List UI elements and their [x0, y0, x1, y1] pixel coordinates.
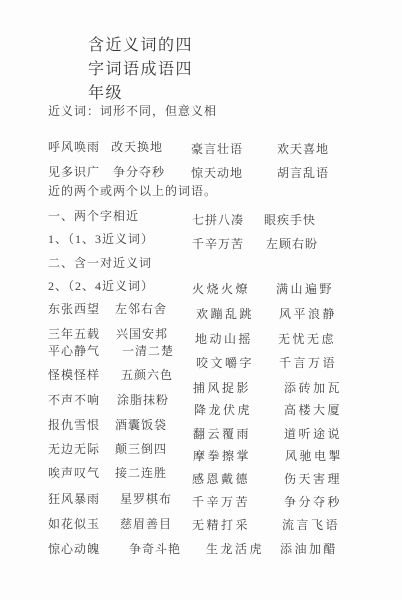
idiom-text: 如花似玉: [48, 517, 100, 531]
idiom-text: 豪言壮语: [191, 142, 243, 156]
section-heading: 一、两个字相近: [48, 209, 139, 223]
idiom-text: 欢天喜地: [277, 142, 329, 156]
idiom-text: 伤天害理: [284, 472, 342, 486]
idiom-text: 兴国安邦: [116, 327, 168, 341]
idiom-text: 千辛万苦: [192, 495, 250, 509]
idiom-text: 三年五载: [48, 327, 100, 341]
idiom-text: 摩拳擦掌: [193, 449, 251, 463]
idiom-text: 高楼大厦: [284, 403, 342, 417]
idiom-text: 风平浪静: [279, 307, 337, 321]
idiom-text: 千言万语: [279, 356, 337, 370]
idiom-text: 慈眉善目: [120, 517, 172, 531]
idiom-text: 翻云覆雨: [193, 427, 251, 441]
section-heading: 二、含一对近义词: [48, 256, 152, 270]
definition-text: 近义词：词形不同，但意义相: [48, 104, 217, 118]
section-note: 1、（1、3近义词）: [48, 232, 154, 246]
idiom-text: 酒囊饭袋: [115, 418, 167, 432]
idiom-text: 报仇雪恨: [48, 418, 100, 432]
idiom-text: 生龙活虎: [206, 542, 264, 556]
idiom-text: 添油加醋: [280, 542, 338, 556]
idiom-text: 狂风暴雨: [48, 492, 100, 506]
page-title: 含近义词的四 字词语成语四 年级: [88, 34, 193, 106]
idiom-text: 不声不响: [48, 393, 100, 407]
idiom-text: 左邻右舍: [115, 302, 167, 316]
idiom-text: 左顾右盼: [266, 237, 318, 251]
idiom-text: 欢蹦乱跳: [196, 307, 254, 321]
definition-continuation: 近的两个或两个以上的词语。: [48, 184, 217, 198]
idiom-text: 捕风捉影: [193, 381, 251, 395]
idiom-text: 接二连胜: [115, 466, 167, 480]
idiom-text: 无精打采: [192, 518, 250, 532]
idiom-text: 地动山摇: [195, 332, 253, 346]
idiom-text: 惊心动魄: [48, 542, 100, 556]
idiom-text: 呼风唤雨: [48, 140, 100, 154]
idiom-text: 争奇斗艳: [129, 542, 181, 556]
idiom-text: 无忧无虑: [278, 332, 336, 346]
idiom-text: 星罗棋布: [120, 492, 172, 506]
title-line-1: 含近义词的四: [88, 34, 193, 58]
idiom-text: 感恩戴德: [192, 472, 250, 486]
idiom-text: 道听途说: [284, 427, 342, 441]
idiom-text: 火烧火燎: [192, 282, 250, 296]
idiom-text: 五颜六色: [121, 368, 173, 382]
idiom-text: 东张西望: [48, 302, 100, 316]
idiom-text: 平心静气: [48, 344, 100, 358]
idiom-text: 流言飞语: [282, 518, 340, 532]
idiom-text: 争分夺秒: [113, 165, 165, 179]
idiom-text: 千辛万苦: [192, 237, 244, 251]
idiom-text: 添砖加瓦: [284, 381, 342, 395]
section-note: 2、（2、4近义词）: [48, 279, 154, 293]
idiom-text: 怪模怪样: [48, 368, 100, 382]
idiom-text: 唉声叹气: [48, 466, 100, 480]
idiom-text: 见多识广: [48, 165, 100, 179]
idiom-text: 一清二楚: [122, 344, 174, 358]
idiom-text: 风驰电掣: [285, 449, 343, 463]
idiom-text: 满山遍野: [276, 282, 334, 296]
idiom-text: 颠三倒四: [115, 442, 167, 456]
title-line-2: 字词语成语四: [88, 58, 193, 82]
idiom-text: 眼疾手快: [264, 213, 316, 227]
idiom-text: 降龙伏虎: [194, 403, 252, 417]
title-line-3: 年级: [88, 82, 193, 106]
idiom-text: 惊天动地: [191, 166, 243, 180]
document-page: 含近义词的四 字词语成语四 年级 近义词：词形不同，但意义相 呼风唤雨改天换地见…: [0, 0, 402, 600]
idiom-text: 咬文嚼字: [196, 356, 254, 370]
idiom-text: 七拼八凑: [192, 213, 244, 227]
idiom-text: 涂脂抹粉: [117, 393, 169, 407]
idiom-text: 改天换地: [111, 140, 163, 154]
idiom-text: 争分夺秒: [284, 495, 342, 509]
idiom-text: 胡言乱语: [277, 166, 329, 180]
idiom-text: 无边无际: [48, 442, 100, 456]
